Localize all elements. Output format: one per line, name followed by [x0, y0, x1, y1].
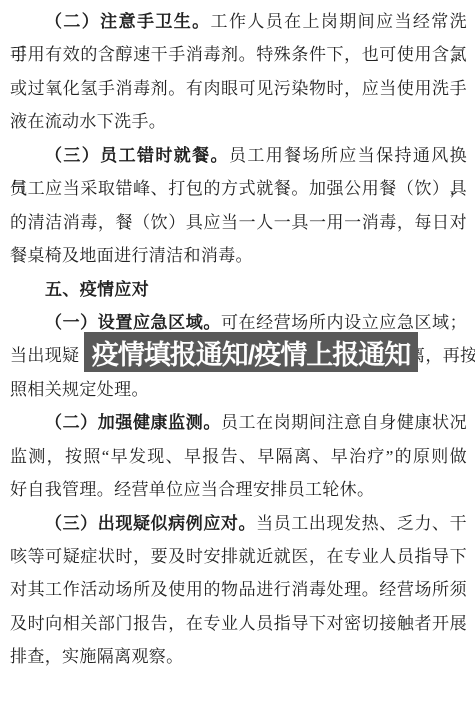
text-line: 可用有效的含醇速干手消毒剂。特殊条件下，也可使用含氯	[10, 38, 467, 71]
body-text: 及时向相关部门报告，在专业人员指导下对密切接触者开展	[10, 614, 467, 633]
text-line: 五、疫情应对	[10, 273, 467, 306]
text-line: 及时向相关部门报告，在专业人员指导下对密切接触者开展	[10, 607, 467, 640]
body-text: 的清洁消毒，餐（饮）具应当一人一具一用一消毒，每日对	[10, 213, 467, 232]
text-line: 的清洁消毒，餐（饮）具应当一人一具一用一消毒，每日对	[10, 206, 467, 239]
body-text: 当员工出现发热、乏力、干	[256, 514, 467, 533]
paragraph-lead-text: 五、疫情应对	[45, 280, 149, 299]
text-line: 咳等可疑症状时，要及时安排就近就医，在专业人员指导下	[10, 540, 467, 573]
text-line: （三）出现疑似病例应对。当员工出现发热、乏力、干	[10, 507, 467, 540]
paragraph-lead-text: （二）注意手卫生。	[45, 12, 211, 31]
text-line: 好自我管理。经营单位应当合理安排员工轮休。	[10, 473, 467, 506]
body-text: 对其工作活动场所及使用的物品进行消毒处理。经营场所须	[10, 580, 467, 599]
body-text: 咳等可疑症状时，要及时安排就近就医，在专业人员指导下	[10, 547, 467, 566]
paragraph-lead-text: （二）加强健康监测。	[45, 413, 221, 432]
paragraph-lead-text: （三）出现疑似病例应对。	[45, 514, 256, 533]
text-line: （三）员工错时就餐。员工用餐场所应当保持通风换气，	[10, 139, 467, 172]
text-fragment-left: 当出现疑	[10, 346, 79, 365]
text-fragment-right: 离，再按	[408, 339, 475, 372]
text-line: 监测，按照“早发现、早报告、早隔离、早治疗”的原则做	[10, 440, 467, 473]
body-text: 好自我管理。经营单位应当合理安排员工轮休。	[10, 480, 374, 499]
text-line: 排查，实施隔离观察。	[10, 640, 467, 673]
watermark-banner-label: 疫情填报通知/疫情上报通知	[92, 333, 411, 372]
text-line: （二）注意手卫生。工作人员在上岗期间应当经常洗手，	[10, 5, 467, 38]
text-line: 液在流动水下洗手。	[10, 105, 467, 138]
watermark-banner: 疫情填报通知/疫情上报通知	[84, 332, 418, 372]
paragraph-lead-text: （三）员工错时就餐。	[45, 146, 229, 165]
body-text: 员工应当采取错峰、打包的方式就餐。加强公用餐（饮）具	[10, 179, 467, 198]
body-text: 液在流动水下洗手。	[10, 112, 166, 131]
body-text: 监测，按照“早发现、早报告、早隔离、早治疗”的原则做	[10, 447, 467, 466]
body-text: 员工在岗期间注意自身健康状况	[221, 413, 467, 432]
document-page: （二）注意手卫生。工作人员在上岗期间应当经常洗手，可用有效的含醇速干手消毒剂。特…	[0, 0, 475, 705]
text-line: 或过氧化氢手消毒剂。有肉眼可见污染物时，应当使用洗手	[10, 72, 467, 105]
text-line: （二）加强健康监测。员工在岗期间注意自身健康状况	[10, 406, 467, 439]
text-line: 对其工作活动场所及使用的物品进行消毒处理。经营场所须	[10, 573, 467, 606]
text-line: 照相关规定处理。	[10, 373, 467, 406]
paragraph-lead-text: （一）设置应急区域。	[45, 313, 221, 332]
body-text: 可用有效的含醇速干手消毒剂。特殊条件下，也可使用含氯	[10, 45, 467, 64]
text-line: 员工应当采取错峰、打包的方式就餐。加强公用餐（饮）具	[10, 172, 467, 205]
body-text: 或过氧化氢手消毒剂。有肉眼可见污染物时，应当使用洗手	[10, 79, 467, 98]
body-text: 可在经营场所内设立应急区域；	[221, 313, 467, 332]
body-text: 排查，实施隔离观察。	[10, 647, 184, 666]
body-text: 照相关规定处理。	[10, 380, 149, 399]
text-line: 餐桌椅及地面进行清洁和消毒。	[10, 239, 467, 272]
body-text: 餐桌椅及地面进行清洁和消毒。	[10, 246, 253, 265]
